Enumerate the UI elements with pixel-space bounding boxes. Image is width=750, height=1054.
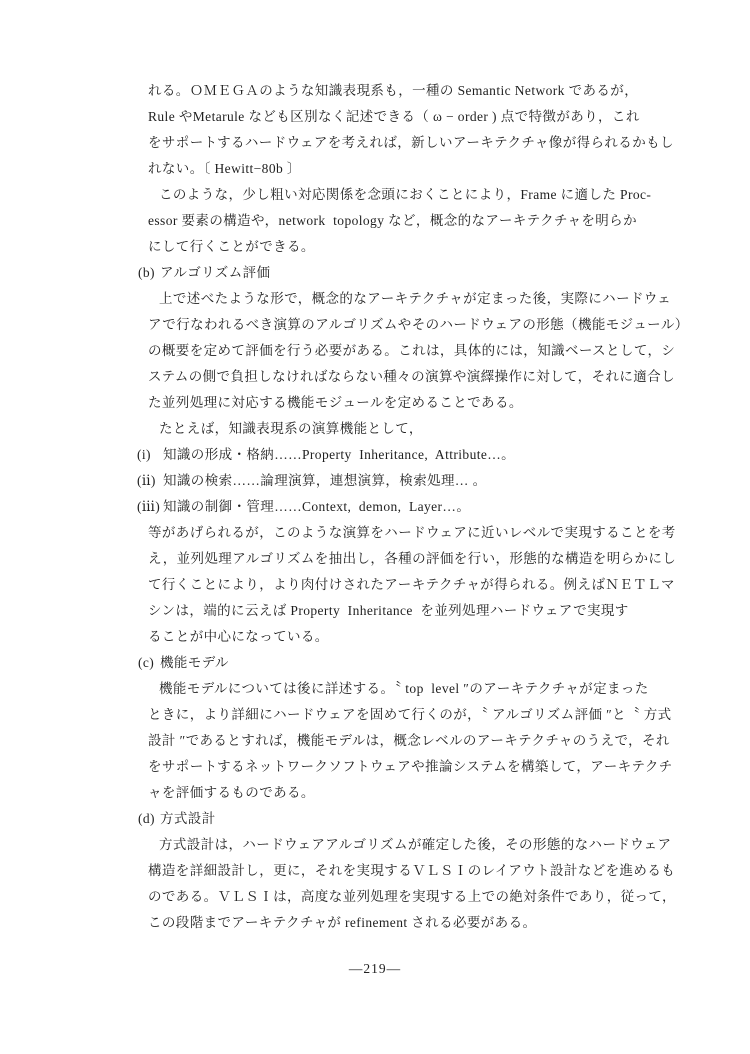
text-line: このような，少し粗い対応関係を念頭におくことにより，Frame に適した Pro… <box>148 182 664 208</box>
text-line: て行くことにより，より肉付けされたアーキテクチャが得られる。例えばＮＥＴＬマ <box>148 572 664 598</box>
document-page: れる。ＯＭＥＧＡのような知識表現系も，一種の Semantic Network … <box>0 0 750 1054</box>
text-line: アで行なわれるべき演算のアルゴリズムやそのハードウェアの形態（機能モジュール） <box>148 312 664 338</box>
text-line: をサポートするネットワークソフトウェアや推論システムを構築して，アーキテクチ <box>148 754 664 780</box>
text-line: 上で述べたような形で，概念的なアーキテクチャが定まった後，実際にハードウェ <box>148 286 664 312</box>
line-marker: (c) <box>138 650 160 676</box>
text-line: この段階までアーキテクチャが refinement される必要がある。 <box>148 910 664 936</box>
line-text: 知識の制御・管理……Context, demon, Layer…。 <box>163 499 470 514</box>
text-line: れない。〔 Hewitt−80b 〕 <box>148 156 664 182</box>
text-line: ステムの側で負担しなければならない種々の演算や演繹操作に対して，それに適合し <box>148 364 664 390</box>
text-line: をサポートするハードウェアを考えれば，新しいアーキテクチャ像が得られるかもし <box>148 130 664 156</box>
text-line: (ⅲ)知識の制御・管理……Context, demon, Layer…。 <box>148 494 664 520</box>
text-line: 等があげられるが，このような演算をハードウェアに近いレベルで実現することを考 <box>148 520 664 546</box>
line-text: 知識の形成・格納……Property Inheritance, Attribut… <box>163 447 515 462</box>
text-line: 機能モデルについては後に詳述する。〝 top level ″のアーキテクチャが定… <box>148 676 664 702</box>
text-line: (c)機能モデル <box>148 650 664 676</box>
text-line: 設計 ″であるとすれば，機能モデルは，概念レベルのアーキテクチャのうえで，それ <box>148 728 664 754</box>
text-line: たとえば，知識表現系の演算機能として， <box>148 416 664 442</box>
text-line: (b)アルゴリズム評価 <box>148 260 664 286</box>
line-marker: (ⅲ) <box>137 494 163 520</box>
line-marker: (i) <box>137 442 163 468</box>
text-column: れる。ＯＭＥＧＡのような知識表現系も，一種の Semantic Network … <box>148 78 664 936</box>
text-line: れる。ＯＭＥＧＡのような知識表現系も，一種の Semantic Network … <box>148 78 664 104</box>
text-line: (ⅱ)知識の検索……論理演算，連想演算，検索処理… 。 <box>148 468 664 494</box>
line-marker: (b) <box>138 260 160 286</box>
page-number: —219— <box>0 956 750 982</box>
line-text: アルゴリズム評価 <box>160 265 270 280</box>
line-text: 機能モデル <box>160 655 229 670</box>
text-line: Rule やMetarule なども区別なく記述できる（ ω − order )… <box>148 104 664 130</box>
text-line: シンは，端的に云えば Property Inheritance を並列処理ハード… <box>148 598 664 624</box>
text-line: essor 要素の構造や，network topology など，概念的なアーキ… <box>148 208 664 234</box>
line-text: 知識の検索……論理演算，連想演算，検索処理… 。 <box>163 473 486 488</box>
line-marker: (d) <box>138 806 160 832</box>
text-line: 構造を詳細設計し，更に，それを実現するＶＬＳＩのレイアウト設計などを進めるも <box>148 858 664 884</box>
line-marker: (ⅱ) <box>137 468 163 494</box>
text-line: にして行くことができる。 <box>148 234 664 260</box>
text-line: た並列処理に対応する機能モジュールを定めることである。 <box>148 390 664 416</box>
line-text: 方式設計 <box>160 811 216 826</box>
text-line: え，並列処理アルゴリズムを抽出し，各種の評価を行い，形態的な構造を明らかにし <box>148 546 664 572</box>
text-line: のである。ＶＬＳＩは，高度な並列処理を実現する上での絶対条件であり，従って， <box>148 884 664 910</box>
text-line: (d)方式設計 <box>148 806 664 832</box>
text-line: ャを評価するものである。 <box>148 780 664 806</box>
text-line: (i)知識の形成・格納……Property Inheritance, Attri… <box>148 442 664 468</box>
text-line: ることが中心になっている。 <box>148 624 664 650</box>
text-line: ときに，より詳細にハードウェアを固めて行くのが，〝 アルゴリズム評価 ″と〝 方… <box>148 702 664 728</box>
text-line: 方式設計は，ハードウェアアルゴリズムが確定した後，その形態的なハードウェア <box>148 832 664 858</box>
text-line: の概要を定めて評価を行う必要がある。これは，具体的には，知識ベースとして，シ <box>148 338 664 364</box>
